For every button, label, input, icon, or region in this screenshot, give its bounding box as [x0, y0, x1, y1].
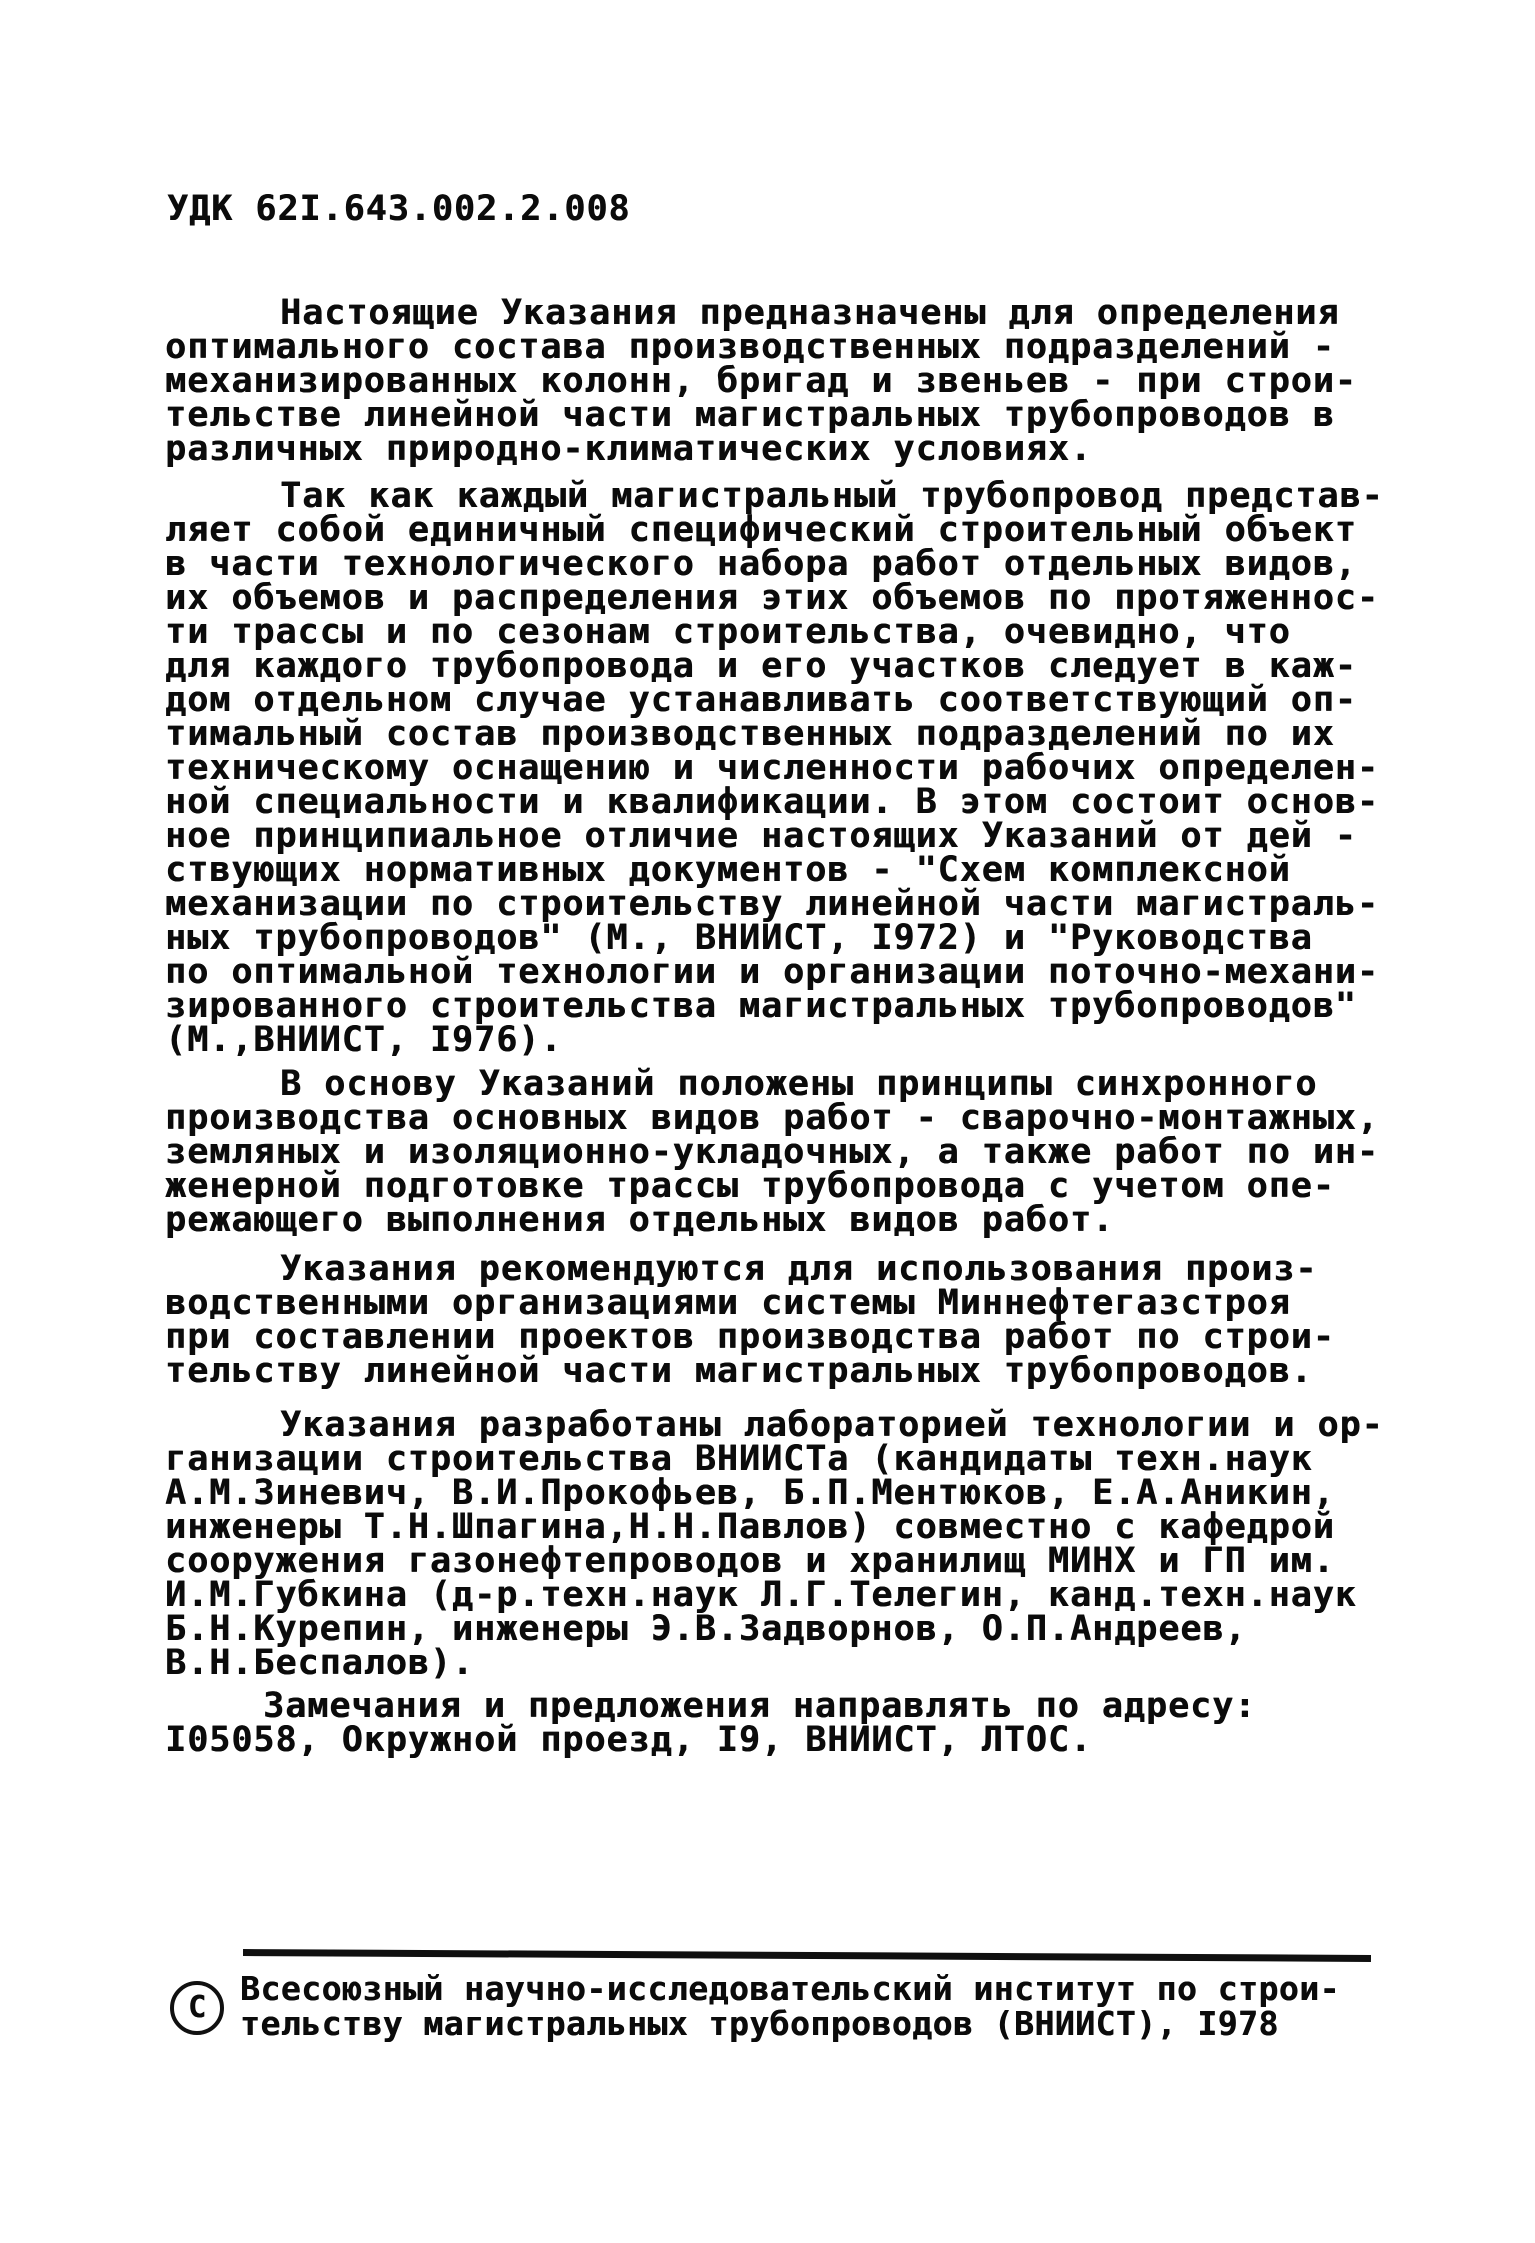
document-page: УДК 62I.643.002.2.008 Настоящие Указания…	[0, 0, 1535, 2243]
paragraph-rationale: Так как каждый магистральный трубопровод…	[165, 479, 1410, 1057]
paragraph-authors: Указания разработаны лабораторией технол…	[165, 1408, 1410, 1680]
paragraph-principles: В основу Указаний положены принципы синх…	[165, 1067, 1410, 1237]
copyright-letter: С	[188, 1993, 206, 2023]
footer-divider	[243, 1949, 1371, 1962]
paragraph-address: Замечания и предложения направлять по ад…	[165, 1689, 1410, 1757]
udc-number: УДК 62I.643.002.2.008	[167, 189, 631, 229]
paragraph-intro: Настоящие Указания предназначены для опр…	[165, 296, 1410, 466]
copyright-icon: С	[170, 1981, 224, 2035]
paragraph-recommendation: Указания рекомендуются для использования…	[165, 1252, 1410, 1388]
footer-copyright-text: Всесоюзный научно-исследовательский инст…	[240, 1971, 1430, 2041]
